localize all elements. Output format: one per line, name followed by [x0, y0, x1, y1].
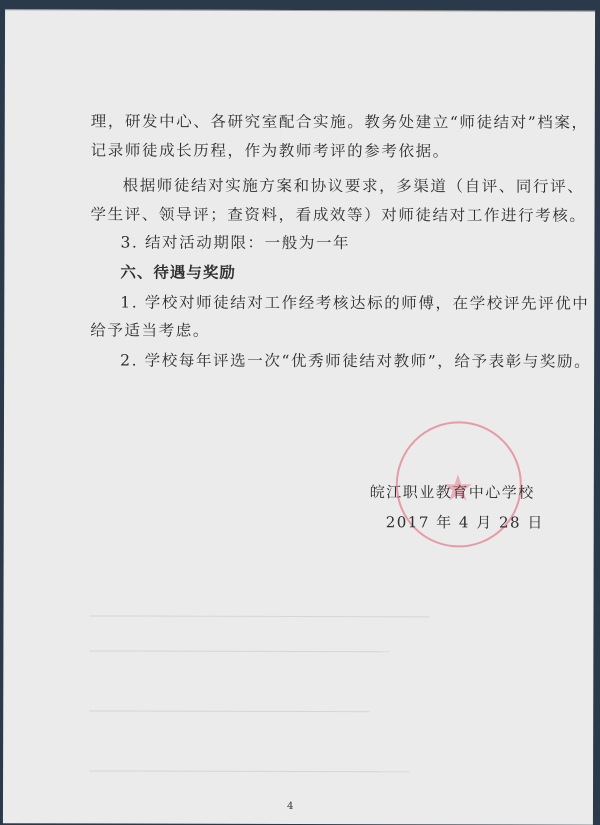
- body-line-1: 理，研发中心、各研究室配合实施。教务处建立“师徒结对”档案，: [91, 109, 589, 132]
- section-heading: 六、待遇与奖励: [120, 261, 236, 283]
- term-line: 3. 结对活动期限：一般为一年: [120, 231, 350, 254]
- show-through-text: [89, 770, 409, 772]
- page-number: 4: [287, 801, 293, 812]
- signature-organization: 皖江职业教育中心学校: [370, 481, 535, 502]
- reward-line-1: 1. 学校对师徒结对工作经考核达标的师傅，在学校评先评优中: [120, 291, 589, 314]
- signature-date: 2017 年 4 月 28 日: [386, 511, 544, 532]
- body-line-2: 记录师徒成长历程，作为教师考评的参考依据。: [91, 138, 450, 161]
- show-through-text: [89, 710, 369, 712]
- body-line-4: 学生评、领导评；查资料，看成效等）对师徒结对工作进行考核。: [91, 202, 587, 225]
- show-through-text: [89, 650, 389, 652]
- reward-line-2: 给予适当考虑。: [90, 318, 210, 340]
- document-page: 理，研发中心、各研究室配合实施。教务处建立“师徒结对”档案， 记录师徒成长历程，…: [3, 9, 595, 825]
- show-through-text: [89, 615, 429, 617]
- body-line-3: 根据师徒结对实施方案和协议要求，多渠道（自评、同行评、: [123, 174, 585, 197]
- reward-line-3: 2. 学校每年评选一次“优秀师徒结对教师”，给予表彰与奖励。: [120, 349, 591, 372]
